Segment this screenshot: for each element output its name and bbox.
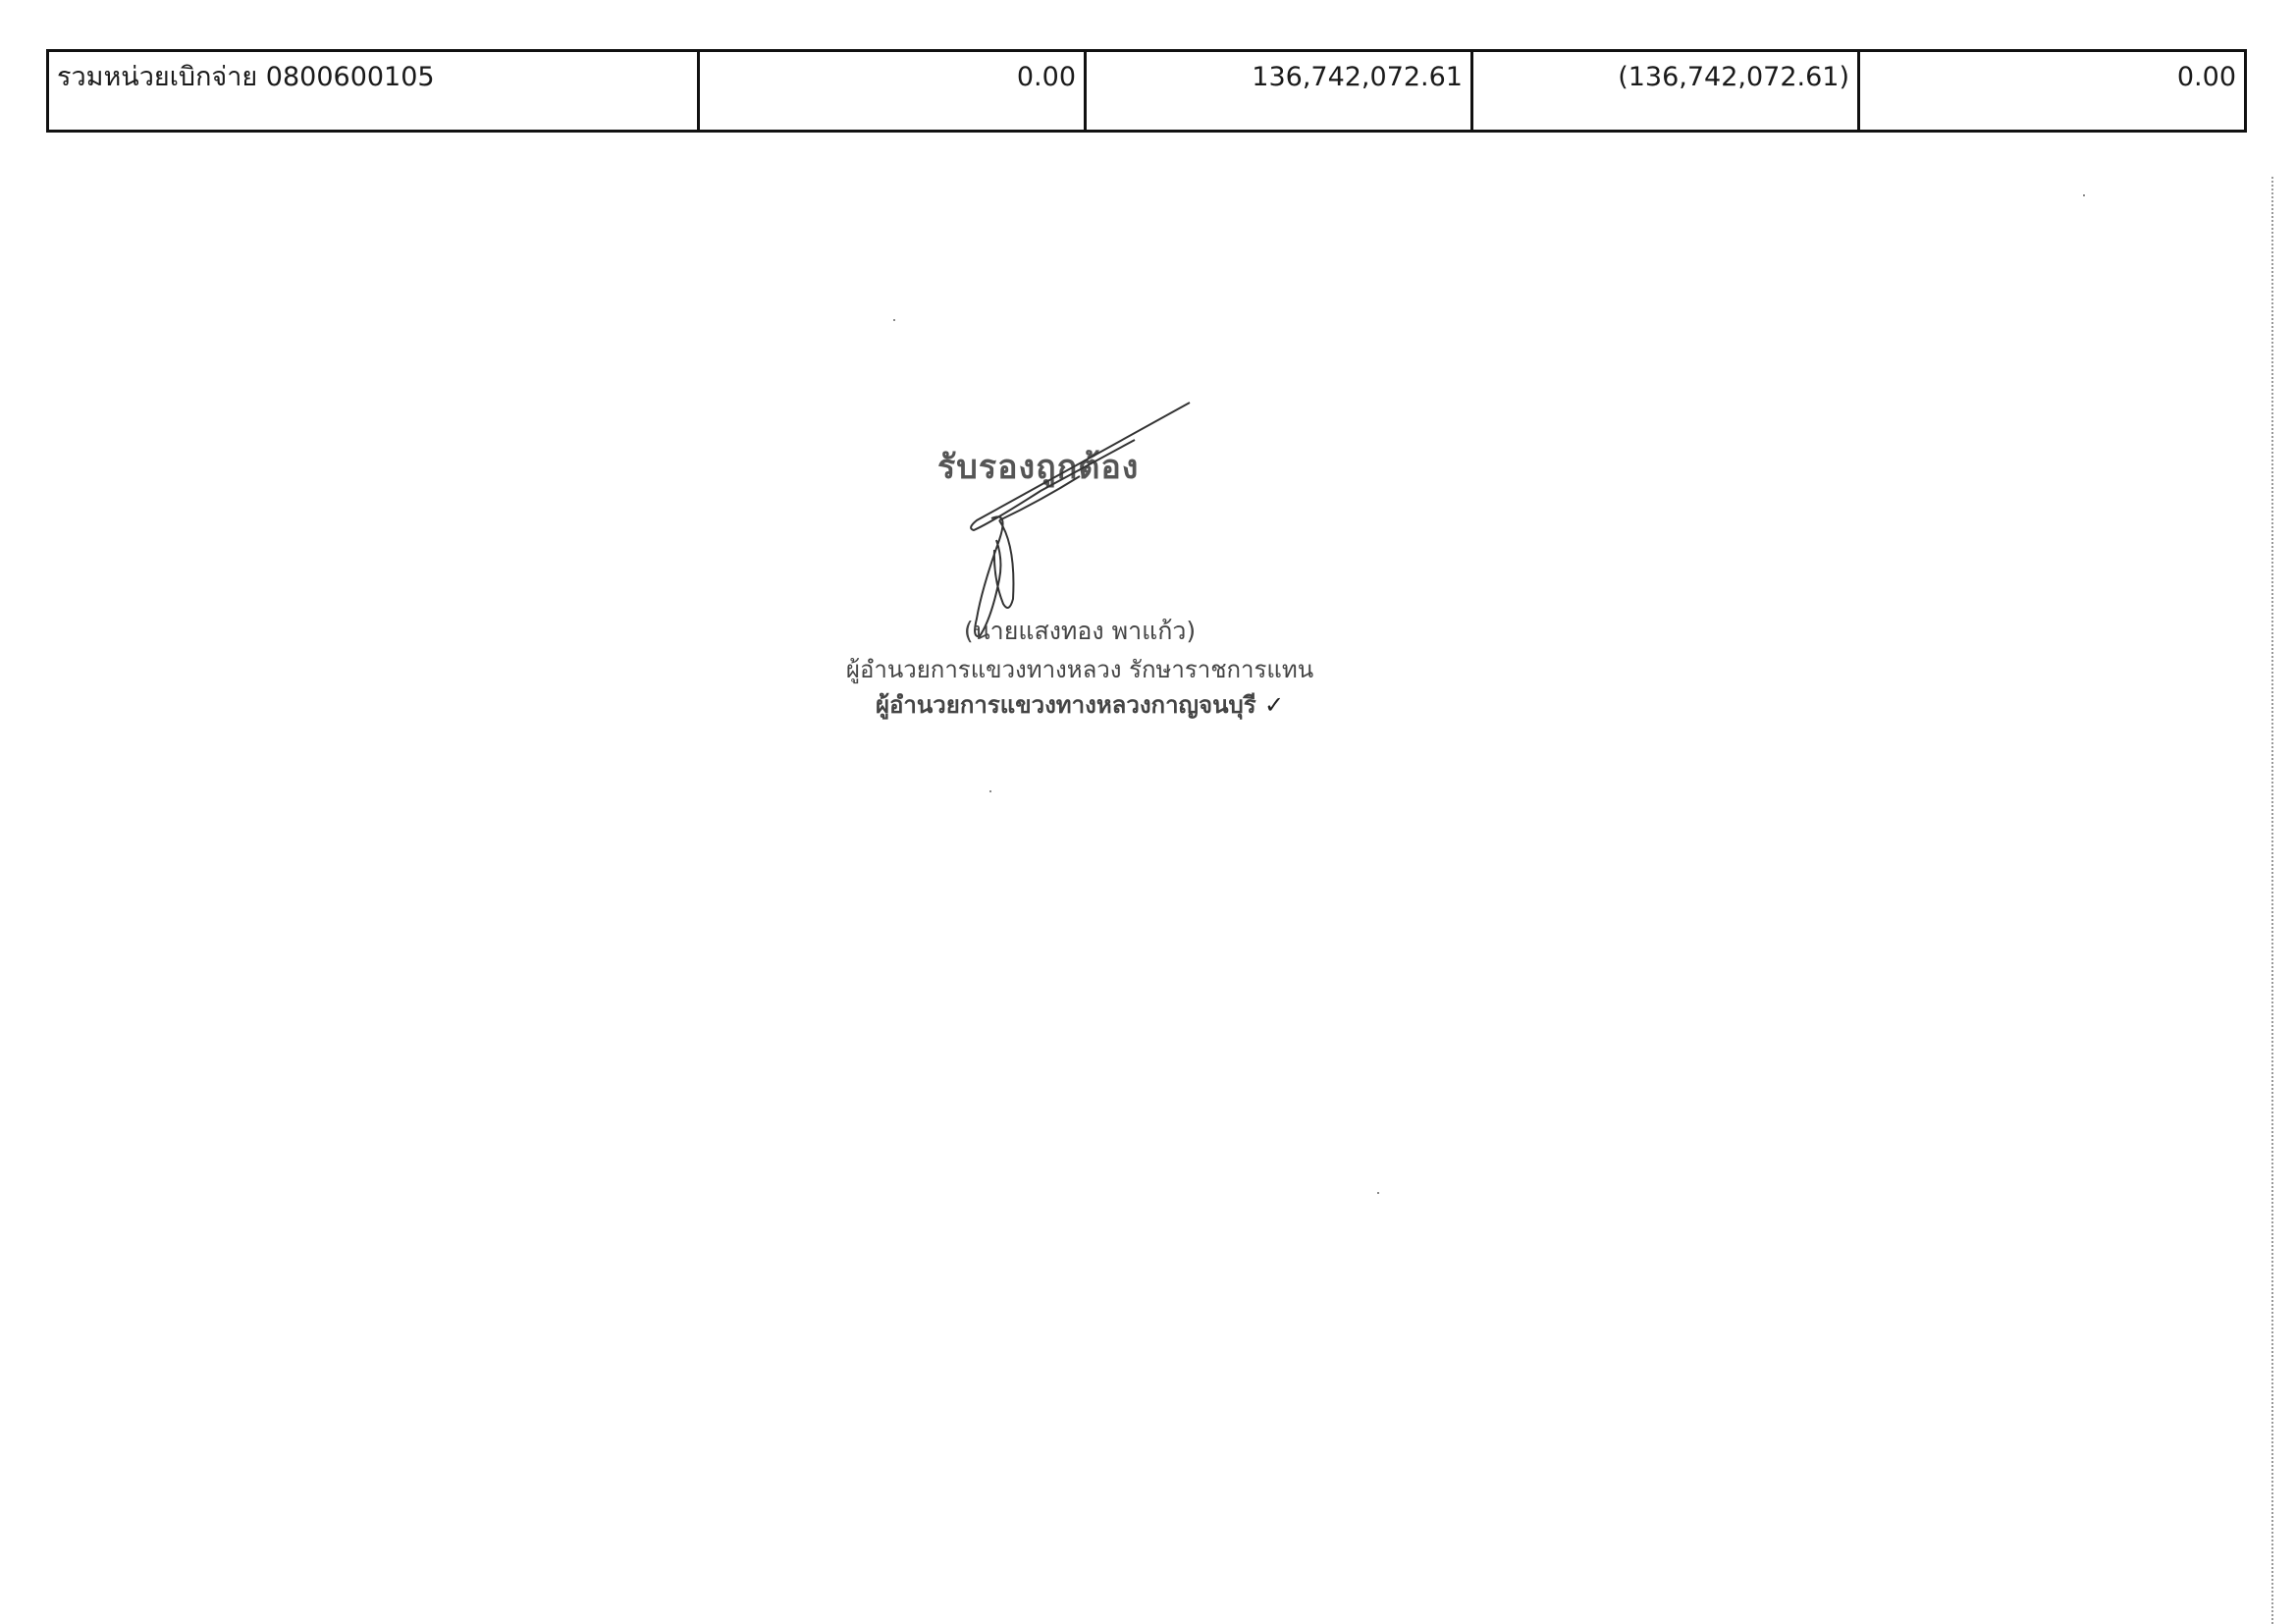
initial-check-icon: ✓ xyxy=(1264,691,1284,719)
signatory-title-line1: ผู้อำนวยการแขวงทางหลวง รักษาราชการแทน xyxy=(785,650,1374,688)
signatory-title-line2-text: ผู้อำนวยการแขวงทางหลวงกาญจนบุรี xyxy=(876,691,1256,719)
amount-cell-1: 0.00 xyxy=(699,51,1086,132)
scan-speck xyxy=(1377,1192,1379,1194)
signatory-title-line2: ผู้อำนวยการแขวงทางหลวงกาญจนบุรี ✓ xyxy=(785,685,1374,724)
amount-cell-3: (136,742,072.61) xyxy=(1472,51,1859,132)
amount-cell-4: 0.00 xyxy=(1859,51,2246,132)
amount-cell-2: 136,742,072.61 xyxy=(1086,51,1472,132)
scan-speck xyxy=(893,319,895,321)
signatory-name: (นายแสงทอง พาแก้ว) xyxy=(785,612,1374,651)
scan-speck xyxy=(989,790,991,792)
scan-edge-line xyxy=(2271,177,2273,1624)
table-row: รวมหน่วยเบิกจ่าย 0800600105 0.00 136,742… xyxy=(48,51,2246,132)
disbursement-unit-total-label: รวมหน่วยเบิกจ่าย 0800600105 xyxy=(48,51,699,132)
signature-block: รับรองถูกต้อง (นายแสงทอง พาแก้ว) ผู้อำนว… xyxy=(785,373,1374,766)
scan-speck xyxy=(2083,194,2085,196)
disbursement-summary-table: รวมหน่วยเบิกจ่าย 0800600105 0.00 136,742… xyxy=(46,49,2247,133)
